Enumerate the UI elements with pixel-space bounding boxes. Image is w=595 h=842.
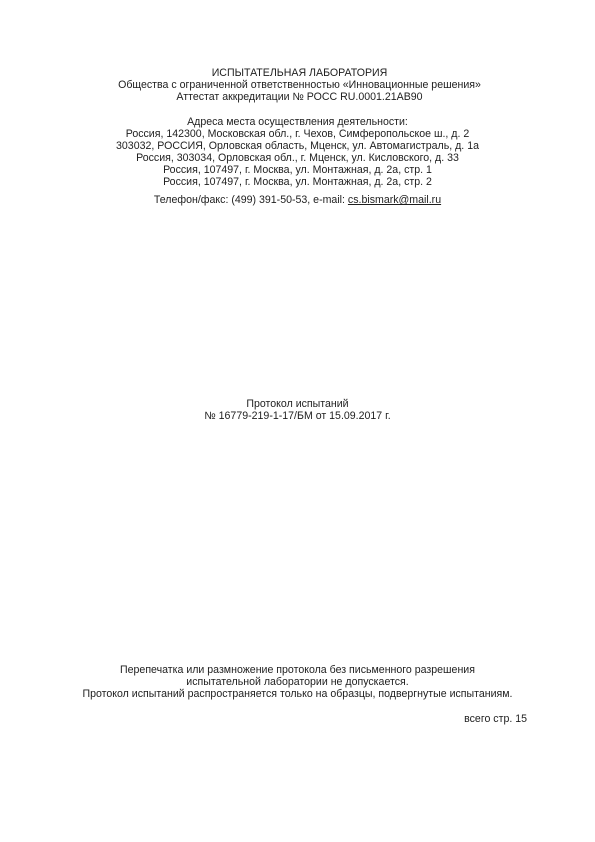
- lab-title: ИСПЫТАТЕЛЬНАЯ ЛАБОРАТОРИЯ: [0, 67, 595, 79]
- total-pages: всего стр. 15: [464, 713, 527, 725]
- addresses-heading: Адреса места осуществления деятельности:: [0, 116, 595, 128]
- protocol-block: Протокол испытаний № 16779-219-1-17/БМ о…: [0, 398, 595, 422]
- email-link[interactable]: cs.bismark@mail.ru: [348, 194, 441, 206]
- address-item: 303032, РОССИЯ, Орловская область, Мценс…: [0, 140, 595, 152]
- protocol-number: № 16779-219-1-17/БМ от 15.09.2017 г.: [0, 410, 595, 422]
- notice-line: испытательной лаборатории не допускается…: [0, 676, 595, 688]
- address-item: Россия, 107497, г. Москва, ул. Монтажная…: [0, 164, 595, 176]
- protocol-title: Протокол испытаний: [0, 398, 595, 410]
- phone-fax: Телефон/факс: (499) 391-50-53, e-mail:: [154, 194, 348, 206]
- address-item: Россия, 303034, Орловская обл., г. Мценс…: [0, 152, 595, 164]
- address-item: Россия, 107497, г. Москва, ул. Монтажная…: [0, 176, 595, 188]
- addresses-block: Адреса места осуществления деятельности:…: [0, 116, 595, 188]
- contact-line: Телефон/факс: (499) 391-50-53, e-mail: c…: [0, 194, 595, 206]
- accreditation-number: Аттестат аккредитации № РОСС RU.0001.21А…: [0, 91, 595, 103]
- address-item: Россия, 142300, Московская обл., г. Чехо…: [0, 128, 595, 140]
- organization-name: Общества с ограниченной ответственностью…: [0, 79, 595, 91]
- notice-block: Перепечатка или размножение протокола бе…: [0, 664, 595, 700]
- lab-header: ИСПЫТАТЕЛЬНАЯ ЛАБОРАТОРИЯ Общества с огр…: [0, 67, 595, 103]
- notice-line: Протокол испытаний распространяется толь…: [0, 688, 595, 700]
- notice-line: Перепечатка или размножение протокола бе…: [0, 664, 595, 676]
